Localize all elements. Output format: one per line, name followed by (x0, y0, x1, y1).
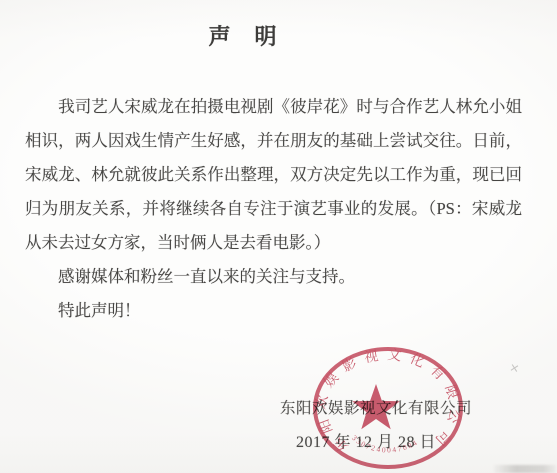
body-line: 相识，两人因戏生情产生好感，并在朋友的基础上尝试交往。日前， (25, 124, 522, 158)
seal-star-icon (352, 384, 400, 429)
body-line: 我司艺人宋威龙在拍摄电视剧《彼岸花》时与合作艺人林允小姐 (25, 90, 522, 124)
body-text: 我司艺人宋威龙在拍摄电视剧《彼岸花》时与合作艺人林允小姐相识，两人因戏生情产生好… (25, 90, 522, 328)
scan-artifact-streak (494, 465, 556, 473)
body-line: 归为朋友关系，并将继续各自专注于演艺事业的发展。（PS：宋威龙 (25, 192, 522, 226)
seal-serial-number: 3307240047084 (350, 433, 420, 454)
statement-document: 声 明 我司艺人宋威龙在拍摄电视剧《彼岸花》时与合作艺人林允小姐相识，两人因戏生… (0, 0, 557, 473)
body-line: 特此声明！ (25, 294, 522, 328)
page-title: 声 明 (0, 20, 486, 51)
scan-artifact-mark: × (508, 359, 520, 377)
company-seal-stamp-icon: 东阳欢娱影视文化有限公司 3307240047084 (308, 345, 468, 473)
body-line: 宋威龙、林允就彼此关系作出整理，双方决定先以工作为重，现已回 (25, 158, 522, 192)
body-line: 感谢媒体和粉丝一直以来的关注与支持。 (25, 260, 522, 294)
body-line: 从未去过女方家，当时俩人是去看电影。） (25, 226, 522, 260)
